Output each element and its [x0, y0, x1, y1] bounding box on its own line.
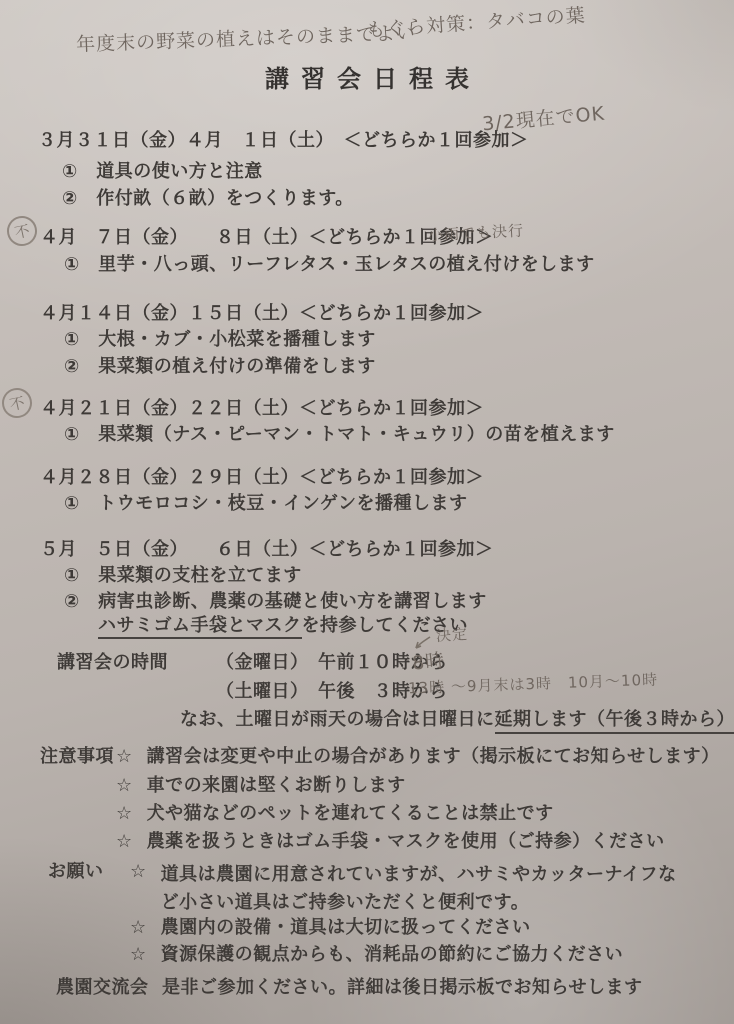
circled-fu-mark: 不: [0, 385, 35, 421]
notice-text: 農薬を扱うときはゴム手袋・マスクを使用（ご持参）ください: [147, 831, 665, 852]
schedule-date-line: ４月 ７日（金） ８日（土）＜どちらか１回参加＞: [40, 227, 494, 250]
notice-item: ☆車での来園は堅くお断りします: [116, 775, 406, 798]
item-number: ②: [64, 356, 80, 377]
star-icon: ☆: [130, 917, 147, 940]
schedule-date-line: ４月２１日（金）２２日（土）＜どちらか１回参加＞: [40, 398, 484, 421]
item-number: ①: [64, 424, 80, 445]
star-icon: ☆: [116, 775, 133, 798]
item-text: 果菜類の植え付けの準備をします: [98, 356, 376, 377]
schedule-item: ① 果菜類（ナス・ピーマン・トマト・キュウリ）の苗を植えます: [64, 424, 615, 447]
handwritten-arrow-icon: [412, 634, 434, 652]
item-text: 作付畝（６畝）をつくります。: [96, 188, 354, 209]
item-number: ①: [64, 565, 80, 586]
time-saturday-day: （土曜日）: [216, 681, 309, 704]
star-icon: ☆: [130, 944, 147, 967]
notice-text: 講習会は変更や中止の場合があります（掲示板にてお知らせします）: [147, 746, 720, 767]
schedule-item: ① 果菜類の支柱を立てます: [64, 565, 302, 588]
notice-text: 犬や猫などのペットを連れてくることは禁止です: [147, 803, 554, 824]
schedule-item: ① トウモロコシ・枝豆・インゲンを播種します: [64, 493, 468, 516]
schedule-date-line: ４月２８日（金）２９日（土）＜どちらか１回参加＞: [40, 467, 484, 490]
schedule-item: ① 道具の使い方と注意: [62, 161, 263, 184]
circled-fu-mark: 不: [4, 213, 40, 249]
photographed-paper-document: 年度末の野菜の植えはそのままでよい もぐら対策：タバコの葉 講習会日程表 3/2…: [0, 0, 734, 1024]
item-number: ②: [64, 591, 80, 612]
item-number: ①: [62, 161, 78, 182]
item-text: 果菜類の支柱を立てます: [98, 565, 302, 586]
item-text: 果菜類（ナス・ピーマン・トマト・キュウリ）の苗を植えます: [98, 424, 615, 445]
notice-item: ☆講習会は変更や中止の場合があります（掲示板にてお知らせします）: [116, 746, 720, 769]
request-item: ☆道具は農園に用意されていますが、ハサミやカッターナイフなど小さい道具はご持参い…: [130, 861, 693, 917]
rain-postpone-underlined: 延期します（午後３時から）: [495, 709, 734, 734]
item-text: 里芋・八っ頭、リーフレタス・玉レタスの植え付けをします: [98, 254, 594, 275]
requests-label: お願い: [48, 861, 104, 884]
schedule-item: ② 果菜類の植え付けの準備をします: [64, 356, 376, 379]
item-number: ①: [64, 329, 80, 350]
item-text: 病害虫診断、農薬の基礎と使い方を講習します: [98, 591, 487, 612]
notice-item: ☆犬や猫などのペットを連れてくることは禁止です: [116, 803, 554, 826]
item-number: ②: [62, 188, 78, 209]
star-icon: ☆: [130, 861, 147, 884]
schedule-date-line: ３月３１日（金）４月 １日（土） ＜どちらか１回参加＞: [38, 130, 529, 153]
request-text: 農園内の設備・道具は大切に扱ってください: [161, 917, 531, 938]
schedule-item: ① 大根・カブ・小松菜を播種します: [64, 329, 376, 352]
star-icon: ☆: [116, 803, 133, 826]
notice-item: ☆農薬を扱うときはゴム手袋・マスクを使用（ご持参）ください: [116, 831, 665, 854]
time-section-label: 講習会の時間: [57, 652, 168, 675]
schedule-item: ① 里芋・八っ頭、リーフレタス・玉レタスの植え付けをします: [64, 254, 595, 277]
request-text: 資源保護の観点からも、消耗品の節約にご協力ください: [161, 944, 624, 965]
request-text: 道具は農園に用意されていますが、ハサミやカッターナイフなど小さい道具はご持参いた…: [161, 861, 693, 917]
notice-text: 車での来園は堅くお断りします: [147, 775, 406, 796]
item-text: 大根・カブ・小松菜を播種します: [98, 329, 376, 350]
item-number: ①: [64, 493, 80, 514]
schedule-date-line: ４月１４日（金）１５日（土）＜どちらか１回参加＞: [40, 303, 484, 326]
request-item: ☆資源保護の観点からも、消耗品の節約にご協力ください: [130, 944, 623, 967]
schedule-item: ② 作付畝（６畝）をつくります。: [62, 188, 354, 211]
star-icon: ☆: [116, 831, 133, 854]
schedule-date-line: ５月 ５日（金） ６日（土）＜どちらか１回参加＞: [40, 539, 494, 562]
item-number: ①: [64, 254, 80, 275]
bring-items-underlined: ハサミゴム手袋とマスク: [98, 615, 302, 639]
page-title: 講習会日程表: [0, 64, 734, 94]
handwritten-note-top-right: もぐら対策：タバコの葉: [365, 0, 586, 42]
exchange-text: 是非ご参加ください。詳細は後日掲示板でお知らせします: [162, 977, 642, 1000]
handwritten-decided-note: 決定: [435, 623, 468, 646]
rain-postpone-prefix: なお、土曜日が雨天の場合は日曜日に: [180, 709, 495, 730]
schedule-item: ② 病害虫診断、農薬の基礎と使い方を講習します: [64, 591, 487, 614]
notices-label: 注意事項: [40, 746, 114, 769]
star-icon: ☆: [116, 746, 133, 769]
rain-postpone-note: なお、土曜日が雨天の場合は日曜日に延期します（午後３時から）: [180, 709, 734, 732]
exchange-label: 農園交流会: [56, 977, 149, 1000]
time-friday-day: （金曜日）: [216, 652, 309, 675]
item-text: 道具の使い方と注意: [96, 161, 263, 182]
request-item: ☆農園内の設備・道具は大切に扱ってください: [130, 917, 531, 940]
handwritten-rain-note: 小雨でも決行: [428, 220, 525, 246]
item-text: トウモロコシ・枝豆・インゲンを播種します: [98, 493, 467, 514]
